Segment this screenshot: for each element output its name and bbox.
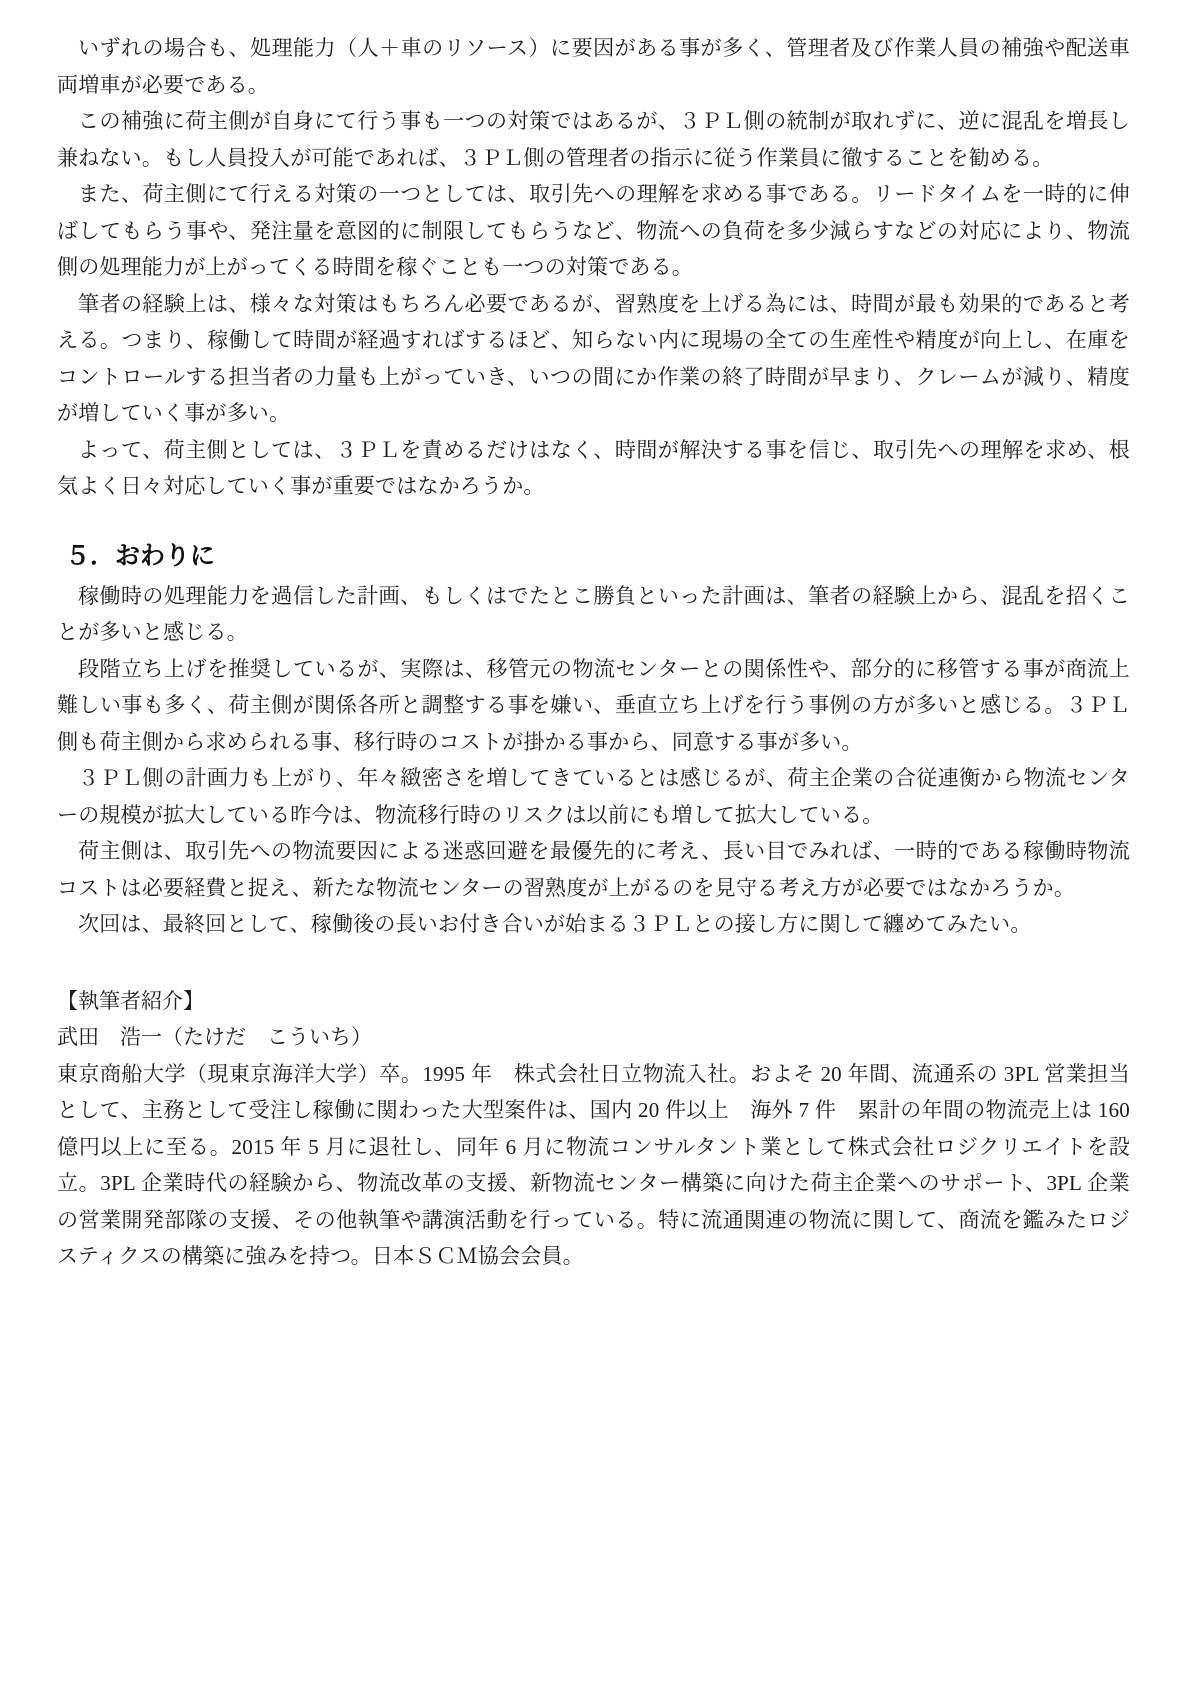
body-paragraph-2: この補強に荷主側が自身にて行う事も一つの対策ではあるが、３ＰＬ側の統制が取れずに… [57,103,1130,176]
closing-paragraph-3: ３ＰＬ側の計画力も上がり、年々緻密さを増してきているとは感じるが、荷主企業の合従… [57,760,1130,833]
author-name: 武田 浩一（たけだ こういち） [57,1019,1130,1056]
author-section: 【執筆者紹介】 武田 浩一（たけだ こういち） 東京商船大学（現東京海洋大学）卒… [57,983,1130,1275]
body-paragraph-4: 筆者の経験上は、様々な対策はもちろん必要であるが、習熟度を上げる為には、時間が最… [57,286,1130,432]
author-bio: 東京商船大学（現東京海洋大学）卒。1995 年 株式会社日立物流入社。およそ 2… [57,1056,1130,1275]
author-section-heading: 【執筆者紹介】 [57,983,1130,1020]
closing-paragraph-5: 次回は、最終回として、稼働後の長いお付き合いが始まる３ＰＬとの接し方に関して纏め… [57,906,1130,943]
body-paragraph-1: いずれの場合も、処理能力（人＋車のリソース）に要因がある事が多く、管理者及び作業… [57,30,1130,103]
document-page: いずれの場合も、処理能力（人＋車のリソース）に要因がある事が多く、管理者及び作業… [0,0,1200,1697]
body-paragraph-3: また、荷主側にて行える対策の一つとしては、取引先への理解を求める事である。リード… [57,176,1130,286]
closing-paragraph-4: 荷主側は、取引先への物流要因による迷惑回避を最優先的に考え、長い目でみれば、一時… [57,833,1130,906]
closing-paragraph-1: 稼働時の処理能力を過信した計画、もしくはでたとこ勝負といった計画は、筆者の経験上… [57,578,1130,651]
closing-paragraph-2: 段階立ち上げを推奨しているが、実際は、移管元の物流センターとの関係性や、部分的に… [57,651,1130,761]
closing-section-heading: ５．おわりに [65,538,1130,576]
body-paragraph-5: よって、荷主側としては、３ＰＬを責めるだけはなく、時間が解決する事を信じ、取引先… [57,432,1130,505]
